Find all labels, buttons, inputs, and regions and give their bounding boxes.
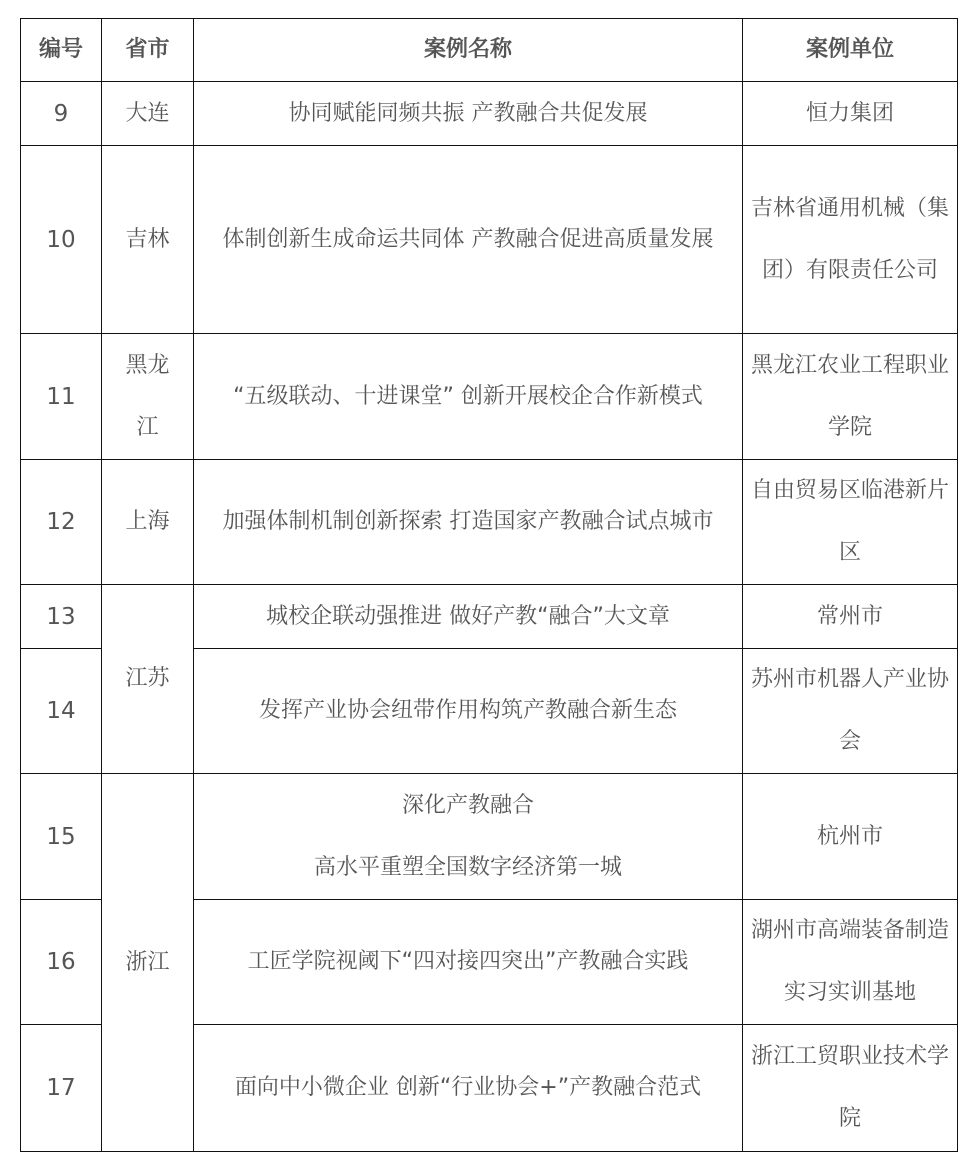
- cell-province-merged: 江苏: [102, 585, 194, 774]
- cell-case-unit: 恒力集团: [743, 82, 958, 146]
- cell-case-name: 发挥产业协会纽带作用构筑产教融合新生态: [194, 649, 743, 774]
- cell-case-unit: 浙江工贸职业技术学院: [743, 1025, 958, 1152]
- header-id: 编号: [21, 19, 102, 82]
- cell-id: 11: [21, 334, 102, 460]
- cell-province: 吉林: [102, 146, 194, 334]
- cell-case-name: 加强体制机制创新探索 打造国家产教融合试点城市: [194, 460, 743, 585]
- table-row: 10 吉林 体制创新生成命运共同体 产教融合促进高质量发展 吉林省通用机械（集团…: [21, 146, 958, 334]
- cell-case-unit: 苏州市机器人产业协会: [743, 649, 958, 774]
- table-row: 13 江苏 城校企联动强推进 做好产教“融合”大文章 常州市: [21, 585, 958, 649]
- table-row: 9 大连 协同赋能同频共振 产教融合共促发展 恒力集团: [21, 82, 958, 146]
- cell-case-unit: 自由贸易区临港新片区: [743, 460, 958, 585]
- header-province: 省市: [102, 19, 194, 82]
- cell-id: 17: [21, 1025, 102, 1152]
- cell-case-unit: 杭州市: [743, 774, 958, 900]
- case-table: 编号 省市 案例名称 案例单位 9 大连 协同赋能同频共振 产教融合共促发展 恒…: [20, 18, 958, 1152]
- cell-id: 9: [21, 82, 102, 146]
- cell-province: 大连: [102, 82, 194, 146]
- cell-case-unit: 黑龙江农业工程职业学院: [743, 334, 958, 460]
- cell-case-name: 体制创新生成命运共同体 产教融合促进高质量发展: [194, 146, 743, 334]
- cell-case-name: 面向中小微企业 创新“行业协会+”产教融合范式: [194, 1025, 743, 1152]
- table-row: 11 黑龙江 “五级联动、十进课堂” 创新开展校企合作新模式 黑龙江农业工程职业…: [21, 334, 958, 460]
- table-row: 12 上海 加强体制机制创新探索 打造国家产教融合试点城市 自由贸易区临港新片区: [21, 460, 958, 585]
- header-case-name: 案例名称: [194, 19, 743, 82]
- cell-id: 15: [21, 774, 102, 900]
- cell-province: 黑龙江: [102, 334, 194, 460]
- case-name-line: 高水平重塑全国数字经济第一城: [202, 837, 734, 899]
- header-row: 编号 省市 案例名称 案例单位: [21, 19, 958, 82]
- cell-id: 16: [21, 900, 102, 1025]
- header-case-unit: 案例单位: [743, 19, 958, 82]
- cell-id: 13: [21, 585, 102, 649]
- cell-case-unit: 湖州市高端装备制造实习实训基地: [743, 900, 958, 1025]
- cell-case-name: 工匠学院视阈下“四对接四突出”产教融合实践: [194, 900, 743, 1025]
- cell-id: 12: [21, 460, 102, 585]
- cell-case-unit: 吉林省通用机械（集团）有限责任公司: [743, 146, 958, 334]
- cell-province: 上海: [102, 460, 194, 585]
- cell-id: 10: [21, 146, 102, 334]
- cell-case-name: 城校企联动强推进 做好产教“融合”大文章: [194, 585, 743, 649]
- table-row: 15 浙江 深化产教融合 高水平重塑全国数字经济第一城 杭州市: [21, 774, 958, 900]
- cell-case-name: 深化产教融合 高水平重塑全国数字经济第一城: [194, 774, 743, 900]
- cell-case-name: 协同赋能同频共振 产教融合共促发展: [194, 82, 743, 146]
- case-name-line: 深化产教融合: [202, 775, 734, 837]
- cell-province-merged: 浙江: [102, 774, 194, 1152]
- cell-case-name: “五级联动、十进课堂” 创新开展校企合作新模式: [194, 334, 743, 460]
- cell-id: 14: [21, 649, 102, 774]
- cell-case-unit: 常州市: [743, 585, 958, 649]
